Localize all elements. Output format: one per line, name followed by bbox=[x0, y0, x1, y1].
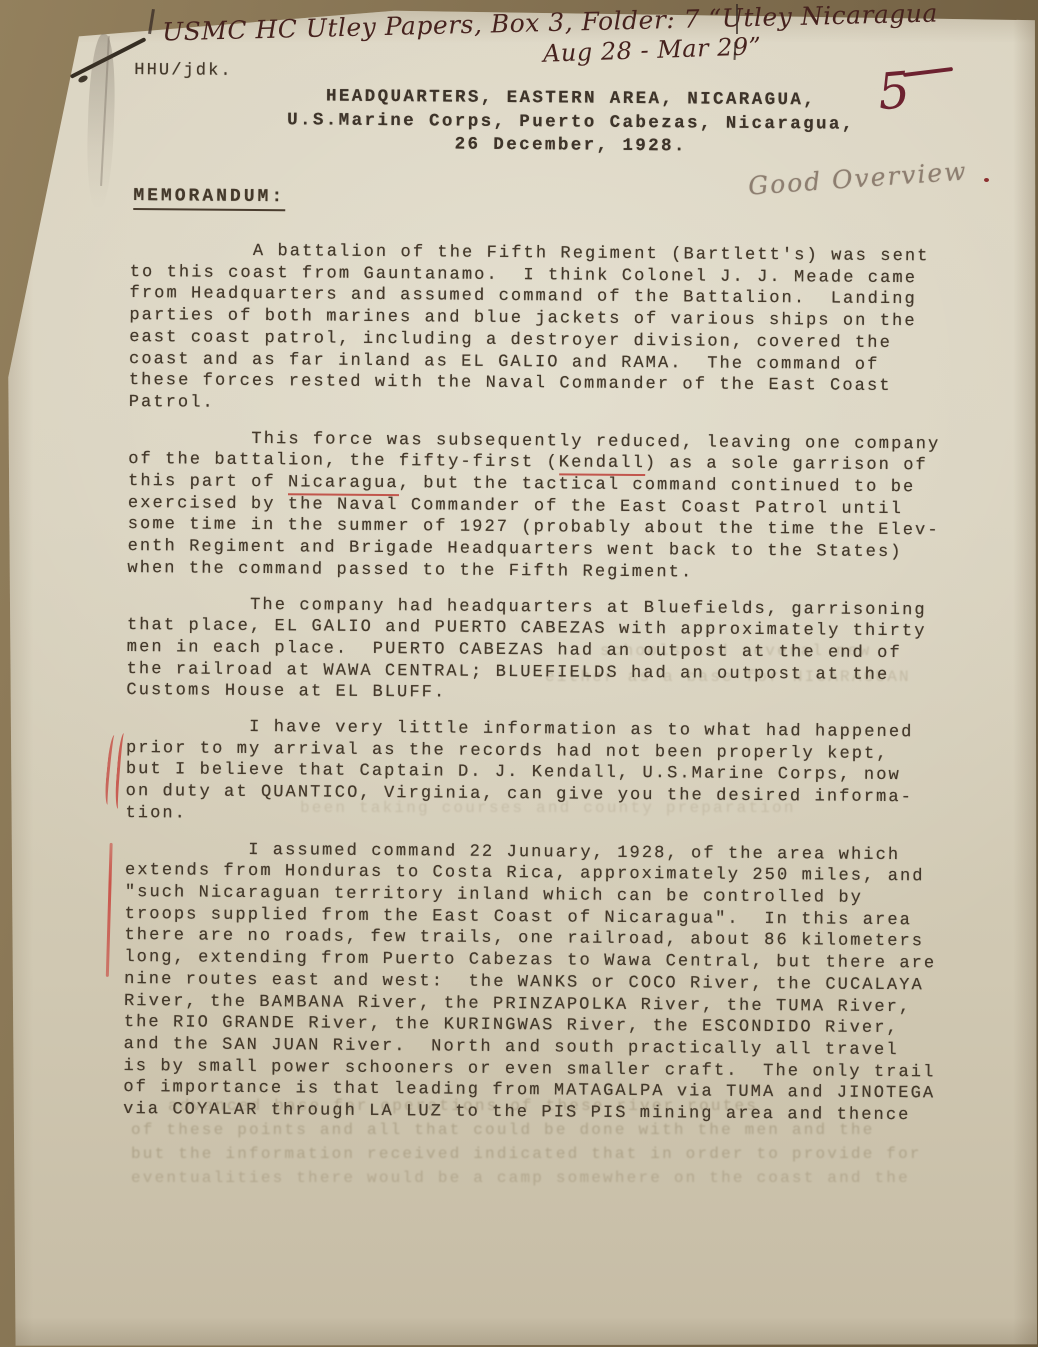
paragraph: The company had headquarters at Bluefiel… bbox=[126, 594, 967, 709]
paragraph: A battalion of the Fifth Regiment (Bartl… bbox=[129, 240, 970, 420]
typist-reference: HHU/jdk. bbox=[134, 61, 233, 81]
paragraph: I assumed command 22 Junuary, 1928, of t… bbox=[123, 839, 965, 1128]
red-margin-mark bbox=[106, 843, 113, 977]
memorandum-title-text: MEMORANDUM: bbox=[133, 186, 285, 211]
scanned-memorandum-page: USMC HC Utley Papers, Box 3, Folder: 7 “… bbox=[0, 0, 1038, 1347]
letterhead: HEADQUARTERS, EASTERN AREA, NICARAGUA, U… bbox=[201, 85, 942, 161]
paragraph: I have very little information as to wha… bbox=[125, 716, 966, 831]
memorandum-title: MEMORANDUM: bbox=[133, 186, 285, 207]
typewritten-content: HHU/jdk. HEADQUARTERS, EASTERN AREA, NIC… bbox=[0, 0, 1038, 1347]
body-paragraphs: A battalion of the Fifth Regiment (Bartl… bbox=[123, 240, 970, 1141]
paragraph: This force was subsequently reduced, lea… bbox=[127, 428, 968, 587]
